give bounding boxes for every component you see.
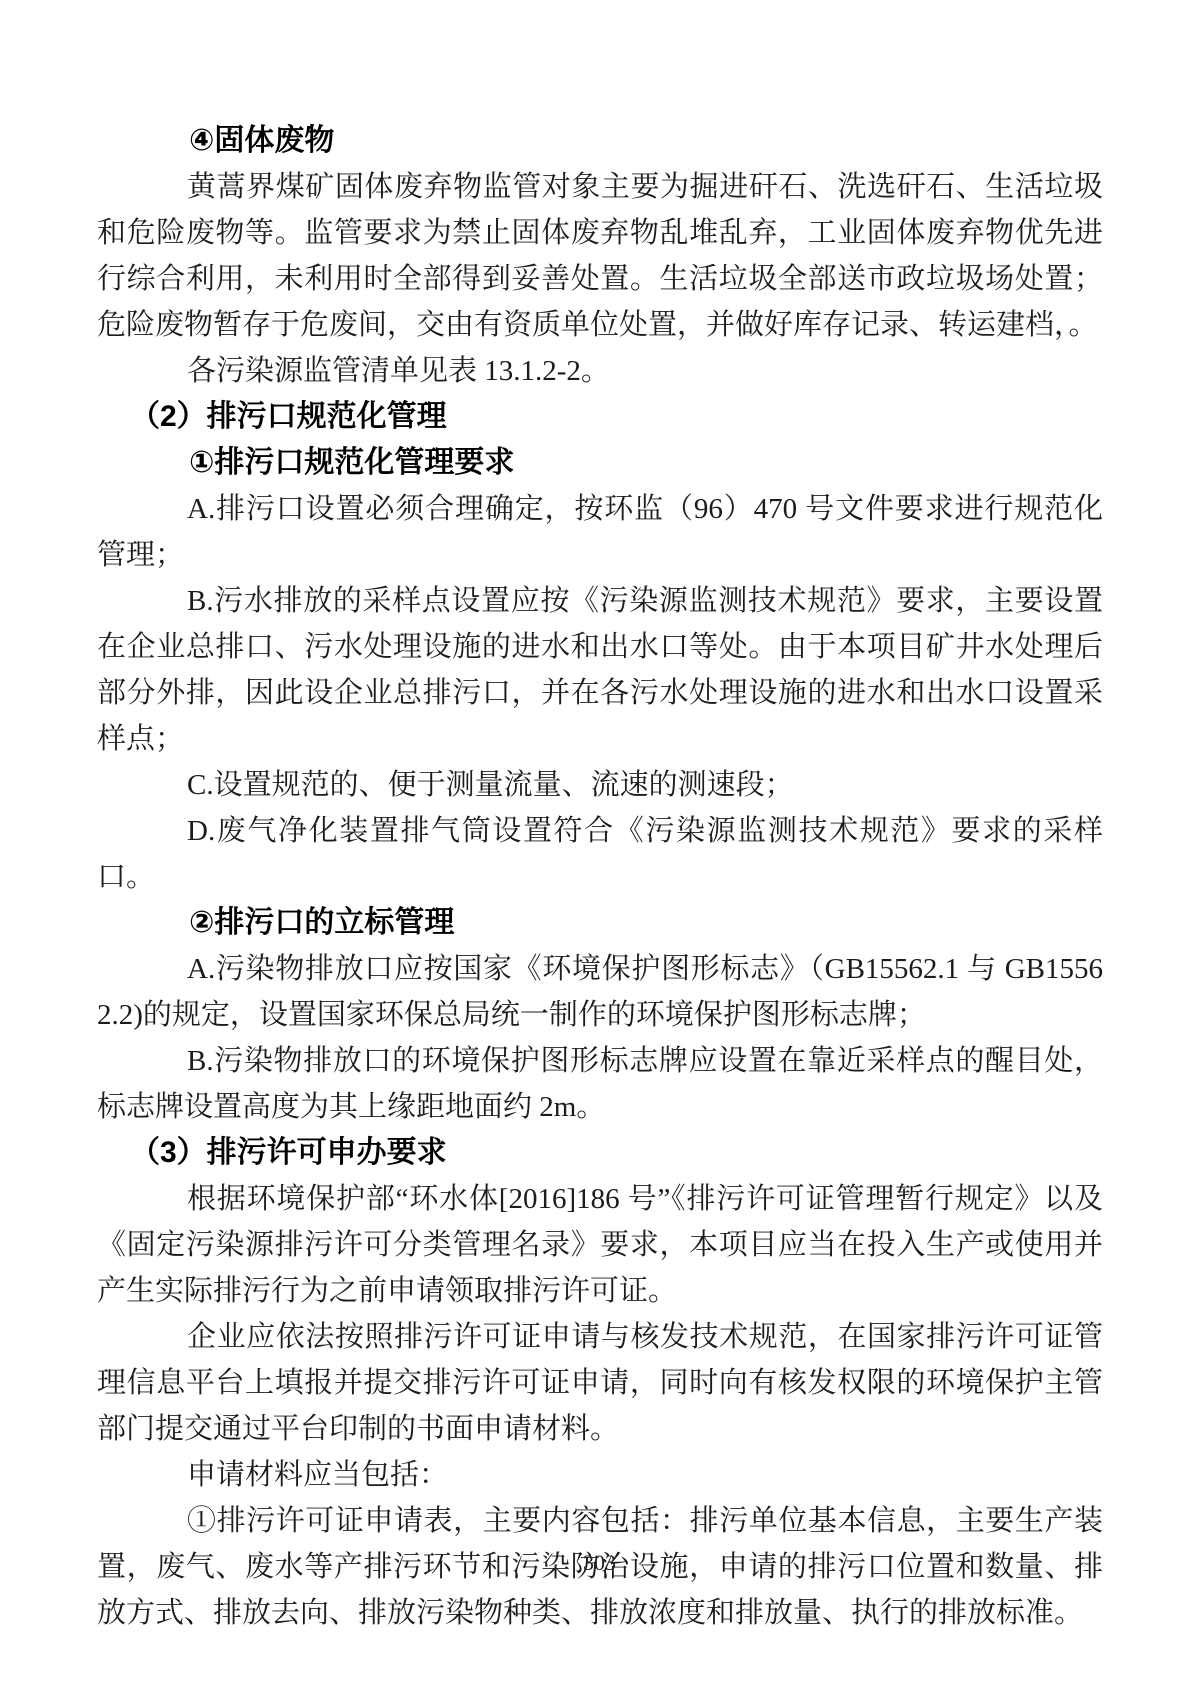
para-item-b-sampling-points: B.污水排放的采样点设置应按《污染源监测技术规范》要求，主要设置在企业总排口、污… (97, 578, 1103, 762)
para-item-c-velocity-section: C.设置规范的、便于测量流量、流速的测速段； (97, 762, 1103, 808)
heading-outlet-management-requirements: ①排污口规范化管理要求 (97, 440, 1103, 486)
para-permit-regulation-basis: 根据环境保护部“环水体[2016]186 号”《排污许可证管理暂行规定》以及《固… (97, 1176, 1103, 1314)
para-item-b-sign-height: B.污染物排放口的环境保护图形标志牌应设置在靠近采样点的醒目处，标志牌设置高度为… (97, 1038, 1103, 1130)
para-permit-platform-submission: 企业应依法按照排污许可证申请与核发技术规范，在国家排污许可证管理信息平台上填报并… (97, 1314, 1103, 1452)
para-item-a-outlet-setting: A.排污口设置必须合理确定，按环监（96）470 号文件要求进行规范化管理； (97, 486, 1103, 578)
para-item-a-discharge-signs: A.污染物排放口应按国家《环境保护图形标志》（GB15562.1 与 GB155… (97, 946, 1103, 1038)
document-page: ④固体废物 黄蒿界煤矿固体废弃物监管对象主要为掘进矸石、洗选矸石、生活垃圾和危险… (0, 0, 1199, 1696)
para-item-d-exhaust-stack: D.废气净化装置排气筒设置符合《污染源监测技术规范》要求的采样口。 (97, 808, 1103, 900)
page-number: 303 (0, 1548, 1199, 1578)
para-solid-waste-supervision: 黄蒿界煤矿固体废弃物监管对象主要为掘进矸石、洗选矸石、生活垃圾和危险废物等。监管… (97, 164, 1103, 348)
heading-outlet-standardized-management: （2）排污口规范化管理 (97, 394, 1103, 440)
para-pollution-source-list-ref: 各污染源监管清单见表 13.1.2-2。 (97, 348, 1103, 394)
para-application-materials-intro: 申请材料应当包括： (97, 1452, 1103, 1498)
heading-outlet-signage-management: ②排污口的立标管理 (97, 900, 1103, 946)
heading-solid-waste: ④固体废物 (97, 118, 1103, 164)
document-body: ④固体废物 黄蒿界煤矿固体废弃物监管对象主要为掘进矸石、洗选矸石、生活垃圾和危险… (97, 118, 1103, 1636)
heading-permit-application-requirements: （3）排污许可申办要求 (97, 1130, 1103, 1176)
